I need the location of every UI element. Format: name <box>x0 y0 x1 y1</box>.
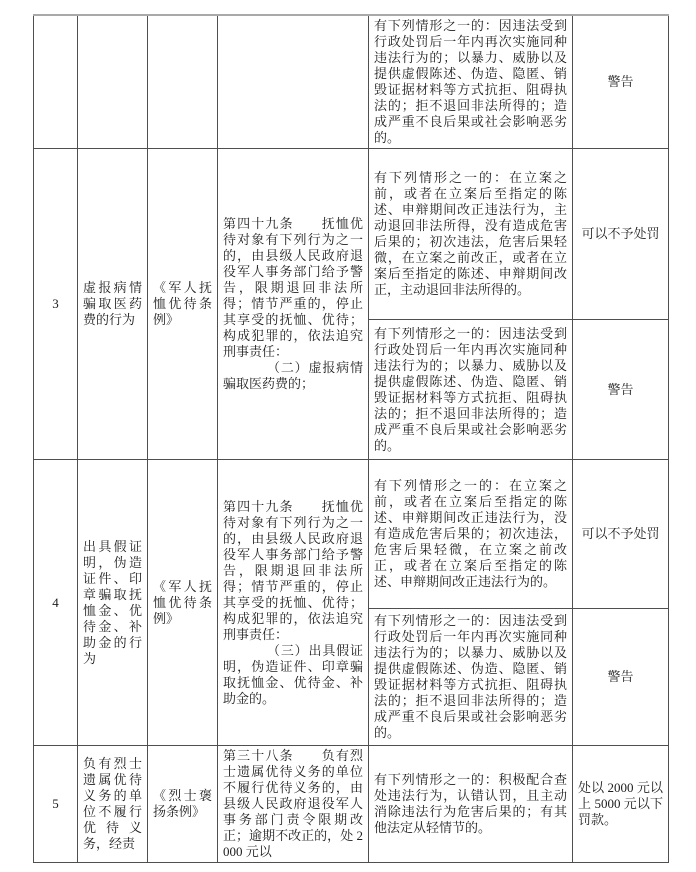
circumstance-cell: 有下列情形之一的：因违法受到行政处罚后一年内再次实施同种违法行为的；以暴力、威胁… <box>369 15 573 149</box>
row-number-cell: 5 <box>34 746 78 863</box>
behavior-cell: 虚报病情骗取医药费的行为 <box>78 149 148 460</box>
table-row-entry4-sub1: 4 出具假证明，伪造证件、印章骗取抚恤金、优待金、补助金的行为 《军人抚恤优待条… <box>34 460 669 609</box>
penalty-cell: 可以不予处罚 <box>573 149 669 320</box>
circumstance-cell: 有下列情形之一的：积极配合查处违法行为，认错认罚，且主动消除违法行为危害后果的；… <box>369 746 573 863</box>
circumstance-cell: 有下列情形之一的：因违法受到行政处罚后一年内再次实施同种违法行为的；以暴力、威胁… <box>369 609 573 746</box>
article-item: （三）出具假证明，伪造证件、印章骗取抚恤金、优待金、补助金的。 <box>223 643 363 707</box>
article-cell: 第四十九条 抚恤优待对象有下列行为之一的，由县级人民政府退役军人事务部门给予警告… <box>218 149 369 460</box>
table-row-entry3-sub1: 3 虚报病情骗取医药费的行为 《军人抚恤优待条例》 第四十九条 抚恤优待对象有下… <box>34 149 669 320</box>
legal-basis-cell: 《军人抚恤优待条例》 <box>148 460 218 746</box>
behavior-cell-empty <box>78 15 148 149</box>
table-row-continuation: 有下列情形之一的：因违法受到行政处罚后一年内再次实施同种违法行为的；以暴力、威胁… <box>34 15 669 149</box>
article-cell: 第三十八条 负有烈士遗属优待义务的单位不履行优待义务的，由县级人民政府退役军人事… <box>218 746 369 863</box>
article-item: （二）虚报病情骗取医药费的； <box>223 360 363 392</box>
document-page: 有下列情形之一的：因违法受到行政处罚后一年内再次实施同种违法行为的；以暴力、威胁… <box>0 0 696 872</box>
article-cell-empty <box>218 15 369 149</box>
table-row-entry5: 5 负有烈士遗属优待义务的单位不履行优待义务，经责 《烈士褒扬条例》 第三十八条… <box>34 746 669 863</box>
article-cell: 第四十九条 抚恤优待对象有下列行为之一的，由县级人民政府退役军人事务部门给予警告… <box>218 460 369 746</box>
penalty-cell: 警告 <box>573 15 669 149</box>
row-number-cell: 3 <box>34 149 78 460</box>
behavior-cell: 负有烈士遗属优待义务的单位不履行优待义务，经责 <box>78 746 148 863</box>
legal-basis-cell: 《烈士褒扬条例》 <box>148 746 218 863</box>
circumstance-cell: 有下列情形之一的：在立案之前，或者在立案后至指定的陈述、申辩期间改正违法行为，没… <box>369 460 573 609</box>
circumstance-cell: 有下列情形之一的：因违法受到行政处罚后一年内再次实施同种违法行为的；以暴力、威胁… <box>369 320 573 460</box>
behavior-cell: 出具假证明，伪造证件、印章骗取抚恤金、优待金、补助金的行为 <box>78 460 148 746</box>
circumstance-cell: 有下列情形之一的：在立案之前，或者在立案后至指定的陈述、申辩期间改正违法行为，主… <box>369 149 573 320</box>
penalty-cell: 警告 <box>573 609 669 746</box>
administrative-penalty-table: 有下列情形之一的：因违法受到行政处罚后一年内再次实施同种违法行为的；以暴力、威胁… <box>33 14 669 863</box>
article-intro: 第四十九条 抚恤优待对象有下列行为之一的，由县级人民政府退役军人事务部门给予警告… <box>223 216 363 360</box>
legal-basis-cell: 《军人抚恤优待条例》 <box>148 149 218 460</box>
article-intro: 第三十八条 负有烈士遗属优待义务的单位不履行优待义务的，由县级人民政府退役军人事… <box>223 748 363 860</box>
penalty-cell: 可以不予处罚 <box>573 460 669 609</box>
legal-basis-cell-empty <box>148 15 218 149</box>
penalty-cell: 警告 <box>573 320 669 460</box>
row-number-cell-empty <box>34 15 78 149</box>
row-number-cell: 4 <box>34 460 78 746</box>
penalty-cell: 处以 2000 元以上 5000 元以下罚款。 <box>573 746 669 863</box>
article-intro: 第四十九条 抚恤优待对象有下列行为之一的，由县级人民政府退役军人事务部门给予警告… <box>223 499 363 643</box>
